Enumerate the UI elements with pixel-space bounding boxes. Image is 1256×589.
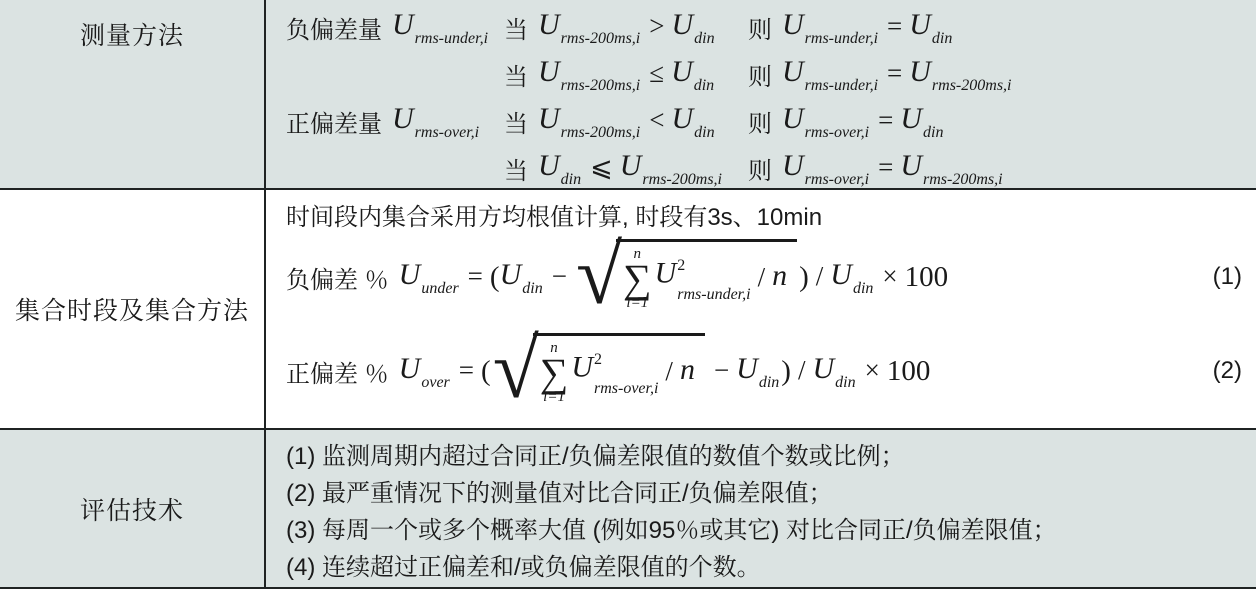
formula-text: 则 [748,104,772,139]
variable: n [680,354,695,391]
variable: Udin [671,56,716,93]
math-text: ( [490,261,500,294]
formula-text: 负偏差量 [286,10,382,45]
formula-lhs: 正偏差量Urms-over,i [286,103,504,140]
evaluation-item: (2) 最严重情况下的测量值对比合同正/负偏差限值； [286,475,1256,512]
subscript: din [759,374,779,391]
formula-text: 负偏差 ％ [286,260,389,295]
row-header-aggregation: 集合时段及集合方法 [0,190,266,428]
table-row-measurement: 测量方法 负偏差量Urms-under,i 当Urms-200ms,i>Udin… [0,0,1256,190]
operator: / [798,355,806,386]
sum-lower-limit: i=1 [543,390,565,405]
equation-2: 正偏差 ％Uover=(√n∑i=1U2rms-over,i/n−Udin)/U… [286,324,1256,418]
math-token: U [655,257,677,290]
variable: Udin [736,353,781,390]
math-token: U [782,102,804,135]
operator: / [816,261,824,292]
math-token: U [538,149,560,182]
variable: Urms-200ms,i [538,103,642,140]
voltage-deviation-table: 测量方法 负偏差量Urms-under,i 当Urms-200ms,i>Udin… [0,0,1256,589]
math-token: U [538,102,560,135]
subscript: din [694,77,714,94]
formula-text: 当 [504,151,528,186]
formula-text: 当 [504,10,528,45]
subscript: din [835,374,855,391]
subscript: din [694,30,714,47]
formula-text: 正偏差 ％ [286,354,389,389]
operator: / [758,262,766,293]
subscript: rms-200ms,i [561,124,641,141]
equation-1-body: 负偏差 ％Uunder=(Udin−√n∑i=1U2rms-under,i/n)… [286,239,948,315]
math-token: U [909,55,931,88]
math-token: U [571,351,593,384]
math-text: ) [799,261,809,294]
operator: = [468,261,483,292]
variable: Udin [671,103,716,140]
evaluation-content: (1) 监测周期内超过合同正/负偏差限值的数值个数或比例； (2) 最严重情况下… [266,430,1256,587]
operator: < [649,105,664,136]
subscript: din [923,124,943,141]
subscript: under [421,280,458,297]
operator: > [649,11,664,42]
formula-line: 当Udin⩽Urms-200ms,i 则Urms-over,i=Urms-200… [286,145,1256,188]
radicand: n∑i=1U2rms-over,i/n [533,333,705,407]
operator: = [878,105,893,136]
row-header-evaluation: 评估技术 [0,430,266,587]
formula-result: 则Urms-under,i=Urms-200ms,i [748,56,1256,93]
variable: Urms-200ms,i [900,150,1004,187]
subscript: din [694,124,714,141]
square-root: √n∑i=1U2rms-under,i/n [576,239,797,315]
math-token: U [812,352,834,385]
variable: Udin [830,259,875,296]
subscript: rms-over,i [594,381,658,397]
math-token: U [671,8,693,41]
sigma-symbol: ∑ [623,262,652,296]
formula-condition: 当Urms-200ms,i<Udin [504,103,748,140]
row-label: 测量方法 [80,16,184,52]
math-token: U [500,258,522,291]
subscript: din [853,280,873,297]
math-token: n [680,353,695,386]
math-token: U [392,102,414,135]
sigma-symbol: ∑ [540,356,569,390]
formula-result: 则Urms-over,i=Urms-200ms,i [748,150,1256,187]
math-text: ( [481,355,491,388]
operator: − [714,355,729,386]
variable: Urms-200ms,i [538,9,642,46]
square-root: √n∑i=1U2rms-over,i/n [493,333,705,409]
formula-text: 正偏差量 [286,104,382,139]
variable: Udin [812,353,857,390]
math-text: 100 [887,355,931,388]
math-token: U [538,55,560,88]
subscript: din [932,30,952,47]
formula-result: 则Urms-under,i=Udin [748,9,1256,46]
variable: Urms-200ms,i [538,56,642,93]
subscript: rms-under,i [805,30,878,47]
operator: / [665,356,673,387]
variable: Urms-200ms,i [620,150,724,187]
subscript: rms-200ms,i [932,77,1012,94]
subscript: rms-under,i [677,287,750,303]
math-token: U [909,8,931,41]
superscript: 2 [677,258,685,274]
measurement-content: 负偏差量Urms-under,i 当Urms-200ms,i>Udin 则Urm… [266,0,1256,188]
formula-condition: 当Udin⩽Urms-200ms,i [504,150,748,187]
superscript: 2 [594,352,602,368]
formula-text: 当 [504,57,528,92]
aggregation-content: 时间段内集合采用方均根值计算, 时段有3s、10min 负偏差 ％Uunder=… [266,190,1256,428]
math-token: U [782,149,804,182]
sup-sub-stack: 2rms-under,i [677,258,750,303]
evaluation-item: (3) 每周一个或多个概率大值 (例如95％或其它) 对比合同正/负偏差限值； [286,512,1256,549]
variable: Urms-under,i [782,56,880,93]
formula-lhs: 负偏差量Urms-under,i [286,9,504,46]
math-token: U [900,149,922,182]
variable: Urms-over,i [782,103,871,140]
math-token: U [671,55,693,88]
formula-line: 正偏差量Urms-over,i 当Urms-200ms,i<Udin 则Urms… [286,98,1256,145]
math-token: U [671,102,693,135]
math-token: U [830,258,852,291]
operator: − [552,261,567,292]
formula-text: 当 [504,104,528,139]
table-row-aggregation: 集合时段及集合方法 时间段内集合采用方均根值计算, 时段有3s、10min 负偏… [0,190,1256,430]
subscript: rms-200ms,i [923,171,1003,188]
row-label: 集合时段及集合方法 [15,291,249,327]
formula-text: 则 [748,151,772,186]
variable: Udin [909,9,954,46]
variable: Uunder [399,259,461,296]
formula-result: 则Urms-over,i=Udin [748,103,1256,140]
variable: Urms-200ms,i [909,56,1013,93]
subscript: rms-over,i [415,124,479,141]
variable: Urms-over,i [392,103,481,140]
math-token: U [900,102,922,135]
math-token: U [538,8,560,41]
operator: ≤ [649,58,664,89]
summation: n∑i=1 [623,247,652,311]
variable: Urms-over,i [782,150,871,187]
variable: Urms-under,i [392,9,490,46]
subscript: rms-200ms,i [642,171,722,188]
subscript: over [421,374,449,391]
subscript: rms-under,i [415,30,488,47]
summation: n∑i=1 [540,341,569,405]
math-token: U [399,258,421,291]
math-token: n [772,259,787,292]
subscript: rms-under,i [805,77,878,94]
subscript: din [561,171,581,188]
operator: = [878,152,893,183]
evaluation-item: (1) 监测周期内超过合同正/负偏差限值的数值个数或比例； [286,438,1256,475]
variable: Udin [500,259,545,296]
row-header-measurement: 测量方法 [0,0,266,188]
math-token: U [399,352,421,385]
table-row-evaluation: 评估技术 (1) 监测周期内超过合同正/负偏差限值的数值个数或比例； (2) 最… [0,430,1256,589]
equation-2-body: 正偏差 ％Uover=(√n∑i=1U2rms-over,i/n−Udin)/U… [286,333,930,409]
variable: U2rms-over,i [571,350,658,395]
variable: Udin [900,103,945,140]
operator: = [459,355,474,386]
variable: Udin [538,150,583,187]
formula-text: 则 [748,10,772,45]
aggregation-intro: 时间段内集合采用方均根值计算, 时段有3s、10min [286,190,1256,230]
equation-2-number: (2) [1213,357,1242,385]
variable: Udin [671,9,716,46]
formula-line: 负偏差量Urms-under,i 当Urms-200ms,i>Udin 则Urm… [286,4,1256,51]
sum-lower-limit: i=1 [626,296,648,311]
equation-1: 负偏差 ％Uunder=(Udin−√n∑i=1U2rms-under,i/n)… [286,230,1256,324]
operator: ⩽ [590,152,613,183]
operator: = [887,58,902,89]
math-token: U [782,55,804,88]
variable: Urms-under,i [782,9,880,46]
subscript: din [522,280,542,297]
formula-text: 则 [748,57,772,92]
formula-condition: 当Urms-200ms,i≤Udin [504,56,748,93]
math-token: U [392,8,414,41]
radicand: n∑i=1U2rms-under,i/n [616,239,797,313]
math-text: 100 [905,261,949,294]
operator: × [865,355,880,386]
equation-1-number: (1) [1213,263,1242,291]
subscript: rms-over,i [805,124,869,141]
formula-line: 当Urms-200ms,i≤Udin 则Urms-under,i=Urms-20… [286,51,1256,98]
sup-sub-stack: 2rms-over,i [594,352,658,397]
math-token: U [782,8,804,41]
math-token: U [736,352,758,385]
variable: U2rms-under,i [655,256,751,301]
math-token: U [620,149,642,182]
math-text: ) [781,355,791,388]
subscript: rms-200ms,i [561,30,641,47]
evaluation-item: (4) 连续超过正偏差和/或负偏差限值的个数。 [286,549,1256,586]
subscript: rms-200ms,i [561,77,641,94]
row-label: 评估技术 [80,491,184,527]
variable: n [772,260,787,297]
subscript: rms-over,i [805,171,869,188]
operator: × [882,261,897,292]
variable: Uover [399,353,452,390]
formula-condition: 当Urms-200ms,i>Udin [504,9,748,46]
operator: = [887,11,902,42]
